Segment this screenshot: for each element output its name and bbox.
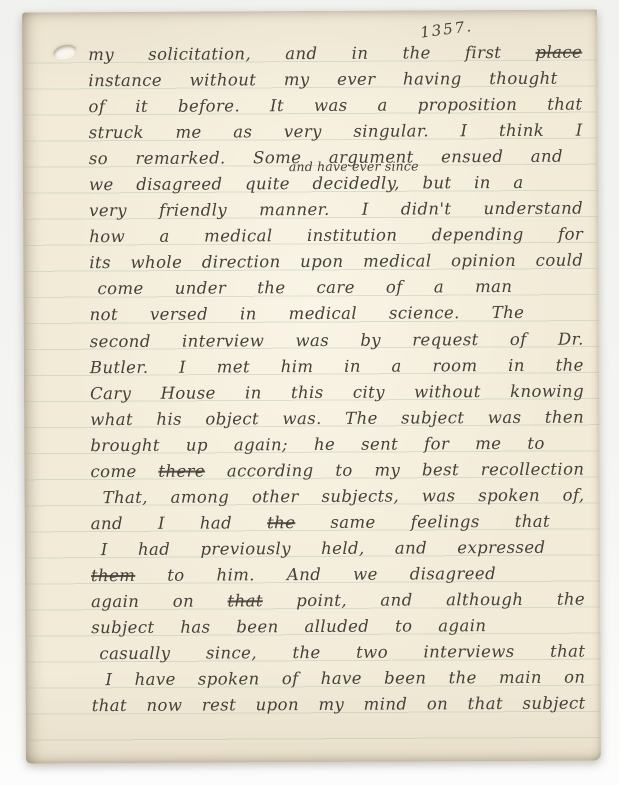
word: him. — [216, 562, 255, 588]
interlinear-insertion: and have ever since — [289, 161, 419, 174]
manuscript-page: 1357. mysolicitation,andinthefirstplacei… — [22, 9, 601, 763]
handwriting-area: mysolicitation,andinthefirstplaceinstanc… — [88, 40, 586, 720]
word: me — [175, 120, 201, 146]
handwriting-line: comethereaccordingtomybestrecollection — [90, 456, 584, 485]
word: I — [362, 197, 369, 223]
word: rest — [202, 693, 236, 719]
word: then — [545, 404, 584, 430]
word: so — [89, 146, 108, 172]
word: object — [205, 406, 259, 432]
word: spoken — [478, 483, 540, 509]
handwriting-line: instancewithoutmyeverhavingthought — [88, 66, 557, 95]
word: medical — [204, 224, 273, 250]
handwriting-line: andIhadthesamefeelingsthat — [91, 509, 551, 537]
word: to — [395, 614, 413, 640]
handwriting-line: Butler.Imethiminaroominthe — [90, 352, 584, 381]
word: on — [427, 691, 449, 717]
word: the — [257, 276, 285, 302]
handwriting-line: whathisobjectwas.Thesubjectwasthen — [90, 404, 584, 433]
word: expressed — [457, 535, 545, 562]
word: Butler. — [90, 354, 149, 380]
word: it — [135, 94, 148, 120]
struck-word: there — [158, 458, 205, 484]
word: man — [475, 274, 512, 300]
handwriting-line: Ihadpreviouslyheld,andexpressed — [101, 535, 546, 563]
word: upon — [256, 692, 299, 718]
word: me — [475, 431, 501, 457]
word: very — [89, 198, 127, 224]
word: and — [395, 535, 427, 561]
word: have — [321, 666, 362, 692]
word: upon — [300, 249, 343, 275]
punch-hole — [52, 43, 77, 61]
word: second — [90, 328, 151, 354]
word: been — [236, 614, 278, 640]
word: again — [91, 589, 139, 615]
word: of — [88, 94, 105, 120]
word: what — [90, 407, 133, 433]
word: best — [422, 457, 459, 483]
word: that — [515, 509, 550, 535]
word: my — [88, 42, 114, 68]
handwriting-line: themtohim.Andwedisagreed — [91, 561, 496, 589]
word: in — [344, 353, 361, 379]
word: of — [386, 275, 403, 301]
word: had — [138, 537, 170, 563]
word: was — [422, 483, 456, 509]
handwriting-line: struckmeasverysingular.IthinkI — [89, 118, 583, 147]
word: request — [412, 327, 479, 353]
word: have — [135, 667, 176, 693]
word: was — [295, 327, 329, 353]
word: understand — [483, 196, 583, 223]
word: for — [424, 431, 449, 457]
word: spoken — [198, 666, 260, 692]
word: House — [160, 380, 215, 406]
word: quite — [245, 171, 290, 197]
word: subject — [522, 691, 585, 717]
word: It — [270, 93, 284, 119]
word: again — [438, 613, 486, 639]
word: casually — [99, 641, 170, 667]
word: and — [91, 511, 123, 537]
handwriting-line: That,amongothersubjects,wasspokenof, — [103, 482, 585, 511]
word: he — [314, 432, 335, 458]
word: for — [558, 222, 583, 248]
word: interview — [182, 328, 264, 354]
word: disagreed — [410, 561, 496, 587]
word: was — [488, 405, 522, 431]
word: brought — [90, 432, 160, 458]
word: in — [240, 302, 257, 328]
struck-word: the — [267, 510, 295, 536]
word: its — [89, 250, 111, 276]
word: versed — [150, 302, 208, 328]
word: my — [284, 67, 310, 93]
word: Dr. — [558, 326, 584, 352]
word: my — [318, 692, 344, 718]
word: by — [360, 327, 381, 353]
word: of — [510, 326, 527, 352]
word: a — [434, 275, 444, 301]
word: disagreed — [136, 172, 222, 198]
word: The — [492, 300, 525, 326]
word: thought — [489, 66, 558, 92]
word: alluded — [304, 614, 369, 640]
word: could — [536, 248, 584, 274]
word: according — [227, 458, 314, 485]
word: first — [465, 40, 502, 66]
word: the — [292, 640, 320, 666]
handwriting-line: wedisagreedquitedecidedly,butinaand have… — [89, 170, 524, 198]
handwriting-line: howamedicalinstitutiondependingfor — [89, 222, 583, 251]
word: remarked. — [135, 146, 225, 173]
word: I — [179, 354, 186, 380]
handwriting-line: Ihavespokenofhavebeenthemainon — [105, 665, 585, 694]
word: in — [245, 380, 262, 406]
word: subjects, — [321, 483, 399, 509]
word: come — [97, 276, 143, 302]
word: without — [414, 379, 481, 405]
word: to — [527, 430, 545, 456]
word: in — [352, 41, 369, 67]
handwriting-line: comeunderthecareofaman — [97, 274, 512, 302]
word: before. — [178, 93, 240, 119]
page-number: 1357. — [419, 17, 474, 42]
word: that — [468, 691, 503, 717]
word: and — [380, 587, 412, 613]
word: been — [384, 666, 426, 692]
word: without — [190, 67, 257, 93]
word: struck — [89, 120, 144, 146]
word: the — [448, 665, 476, 691]
word: institution — [307, 223, 398, 250]
struck-word: them — [91, 563, 135, 589]
word: on — [564, 665, 586, 691]
word: interviews — [423, 639, 514, 666]
word: opinion — [451, 248, 516, 274]
handwriting-line: subjecthasbeenalludedtoagain — [91, 613, 486, 641]
word: I — [158, 511, 165, 537]
word: decidedly, — [312, 171, 400, 198]
word: think — [499, 118, 544, 144]
word: a — [391, 353, 401, 379]
word: was — [314, 93, 348, 119]
handwriting-line: mysolicitation,andinthefirstplace — [88, 40, 582, 69]
word: I — [460, 118, 467, 144]
word: whole — [130, 250, 182, 276]
word: the — [555, 352, 583, 378]
word: on — [173, 589, 195, 615]
word: having — [403, 66, 462, 92]
word: to — [335, 458, 353, 484]
word: previously — [200, 536, 291, 563]
word: met — [217, 354, 250, 380]
word: city — [353, 379, 385, 405]
word: two — [356, 640, 388, 666]
word: in — [508, 352, 525, 378]
word: that — [550, 639, 585, 665]
word: in — [474, 170, 491, 196]
word: subject — [91, 615, 154, 641]
word: but — [422, 170, 451, 196]
word: sent — [361, 431, 398, 457]
struck-word: place — [535, 40, 582, 66]
word: solicitation, — [148, 41, 251, 68]
word: main — [499, 665, 542, 691]
handwriting-line: notversedinmedicalscience.The — [90, 300, 525, 328]
word: up — [186, 432, 208, 458]
word: same — [330, 510, 375, 536]
word: of — [282, 666, 299, 692]
word: now — [146, 693, 182, 719]
word: again; — [234, 432, 288, 458]
word: ensued — [441, 144, 503, 170]
word: come — [90, 459, 136, 485]
word: was. — [282, 406, 321, 432]
word: instance — [88, 68, 162, 94]
word: ever — [337, 67, 375, 93]
word: how — [89, 224, 125, 250]
word: point, — [296, 588, 347, 614]
word: that — [92, 693, 127, 719]
word: And — [287, 562, 321, 588]
word: recollection — [481, 456, 585, 483]
word: feelings — [411, 509, 480, 535]
word: proposition — [418, 92, 518, 119]
word: the — [557, 587, 585, 613]
word: the — [402, 40, 430, 66]
word: and — [285, 41, 317, 67]
word: I — [576, 118, 583, 144]
word: among — [171, 484, 230, 510]
word: singular. — [353, 119, 429, 145]
word: we — [89, 172, 114, 198]
word: this — [291, 380, 324, 406]
handwriting-line: ofitbefore.Itwasapropositionthat — [88, 92, 582, 121]
word: his — [156, 406, 182, 432]
word: knowing — [510, 378, 584, 404]
word: medical — [289, 301, 358, 327]
word: didn't — [401, 197, 452, 223]
word: has — [180, 615, 210, 641]
word: I — [105, 667, 112, 693]
word: The — [345, 405, 378, 431]
word: to — [167, 563, 185, 589]
word: a — [513, 170, 523, 196]
handwriting-line: againonthatpoint,andalthoughthe — [91, 587, 585, 616]
word: my — [374, 457, 400, 483]
word: care — [316, 275, 354, 301]
word: direction — [202, 250, 281, 276]
handwriting-line: thatnowrestuponmymindonthatsubject — [92, 691, 586, 720]
word: we — [353, 562, 378, 588]
word: medical — [363, 249, 432, 275]
word: mind — [364, 692, 408, 718]
word: a — [159, 224, 169, 250]
handwriting-line: CaryHouseinthiscitywithoutknowing — [90, 378, 584, 407]
word: since, — [206, 640, 257, 666]
handwriting-line: itswholedirectionuponmedicalopinioncould — [89, 248, 583, 277]
word: I — [101, 537, 108, 563]
word: that — [547, 92, 582, 118]
handwriting-line: veryfriendlymanner.Ididn'tunderstand — [89, 196, 583, 225]
word: not — [90, 302, 119, 328]
word: That, — [103, 485, 148, 511]
word: a — [377, 93, 387, 119]
word: had — [200, 510, 232, 536]
word: held, — [321, 536, 365, 562]
word: friendly — [159, 198, 227, 224]
handwriting-line: casuallysince,thetwointerviewsthat — [99, 639, 585, 668]
word: depending — [432, 222, 524, 249]
handwriting-line: broughtupagain;hesentformeto — [90, 430, 545, 458]
word: room — [432, 353, 477, 379]
word: other — [252, 484, 299, 510]
word: science. — [389, 301, 460, 327]
word: although — [446, 587, 523, 613]
word: as — [233, 119, 252, 145]
word: of, — [563, 482, 585, 508]
word: very — [284, 119, 322, 145]
word: him — [281, 354, 314, 380]
word: subject — [401, 405, 464, 431]
handwriting-line: secondinterviewwasbyrequestofDr. — [90, 326, 584, 355]
word: Cary — [90, 381, 131, 407]
word: under — [175, 276, 227, 302]
word: and — [531, 144, 563, 170]
word: manner. — [259, 197, 330, 223]
struck-word: that — [227, 588, 262, 614]
